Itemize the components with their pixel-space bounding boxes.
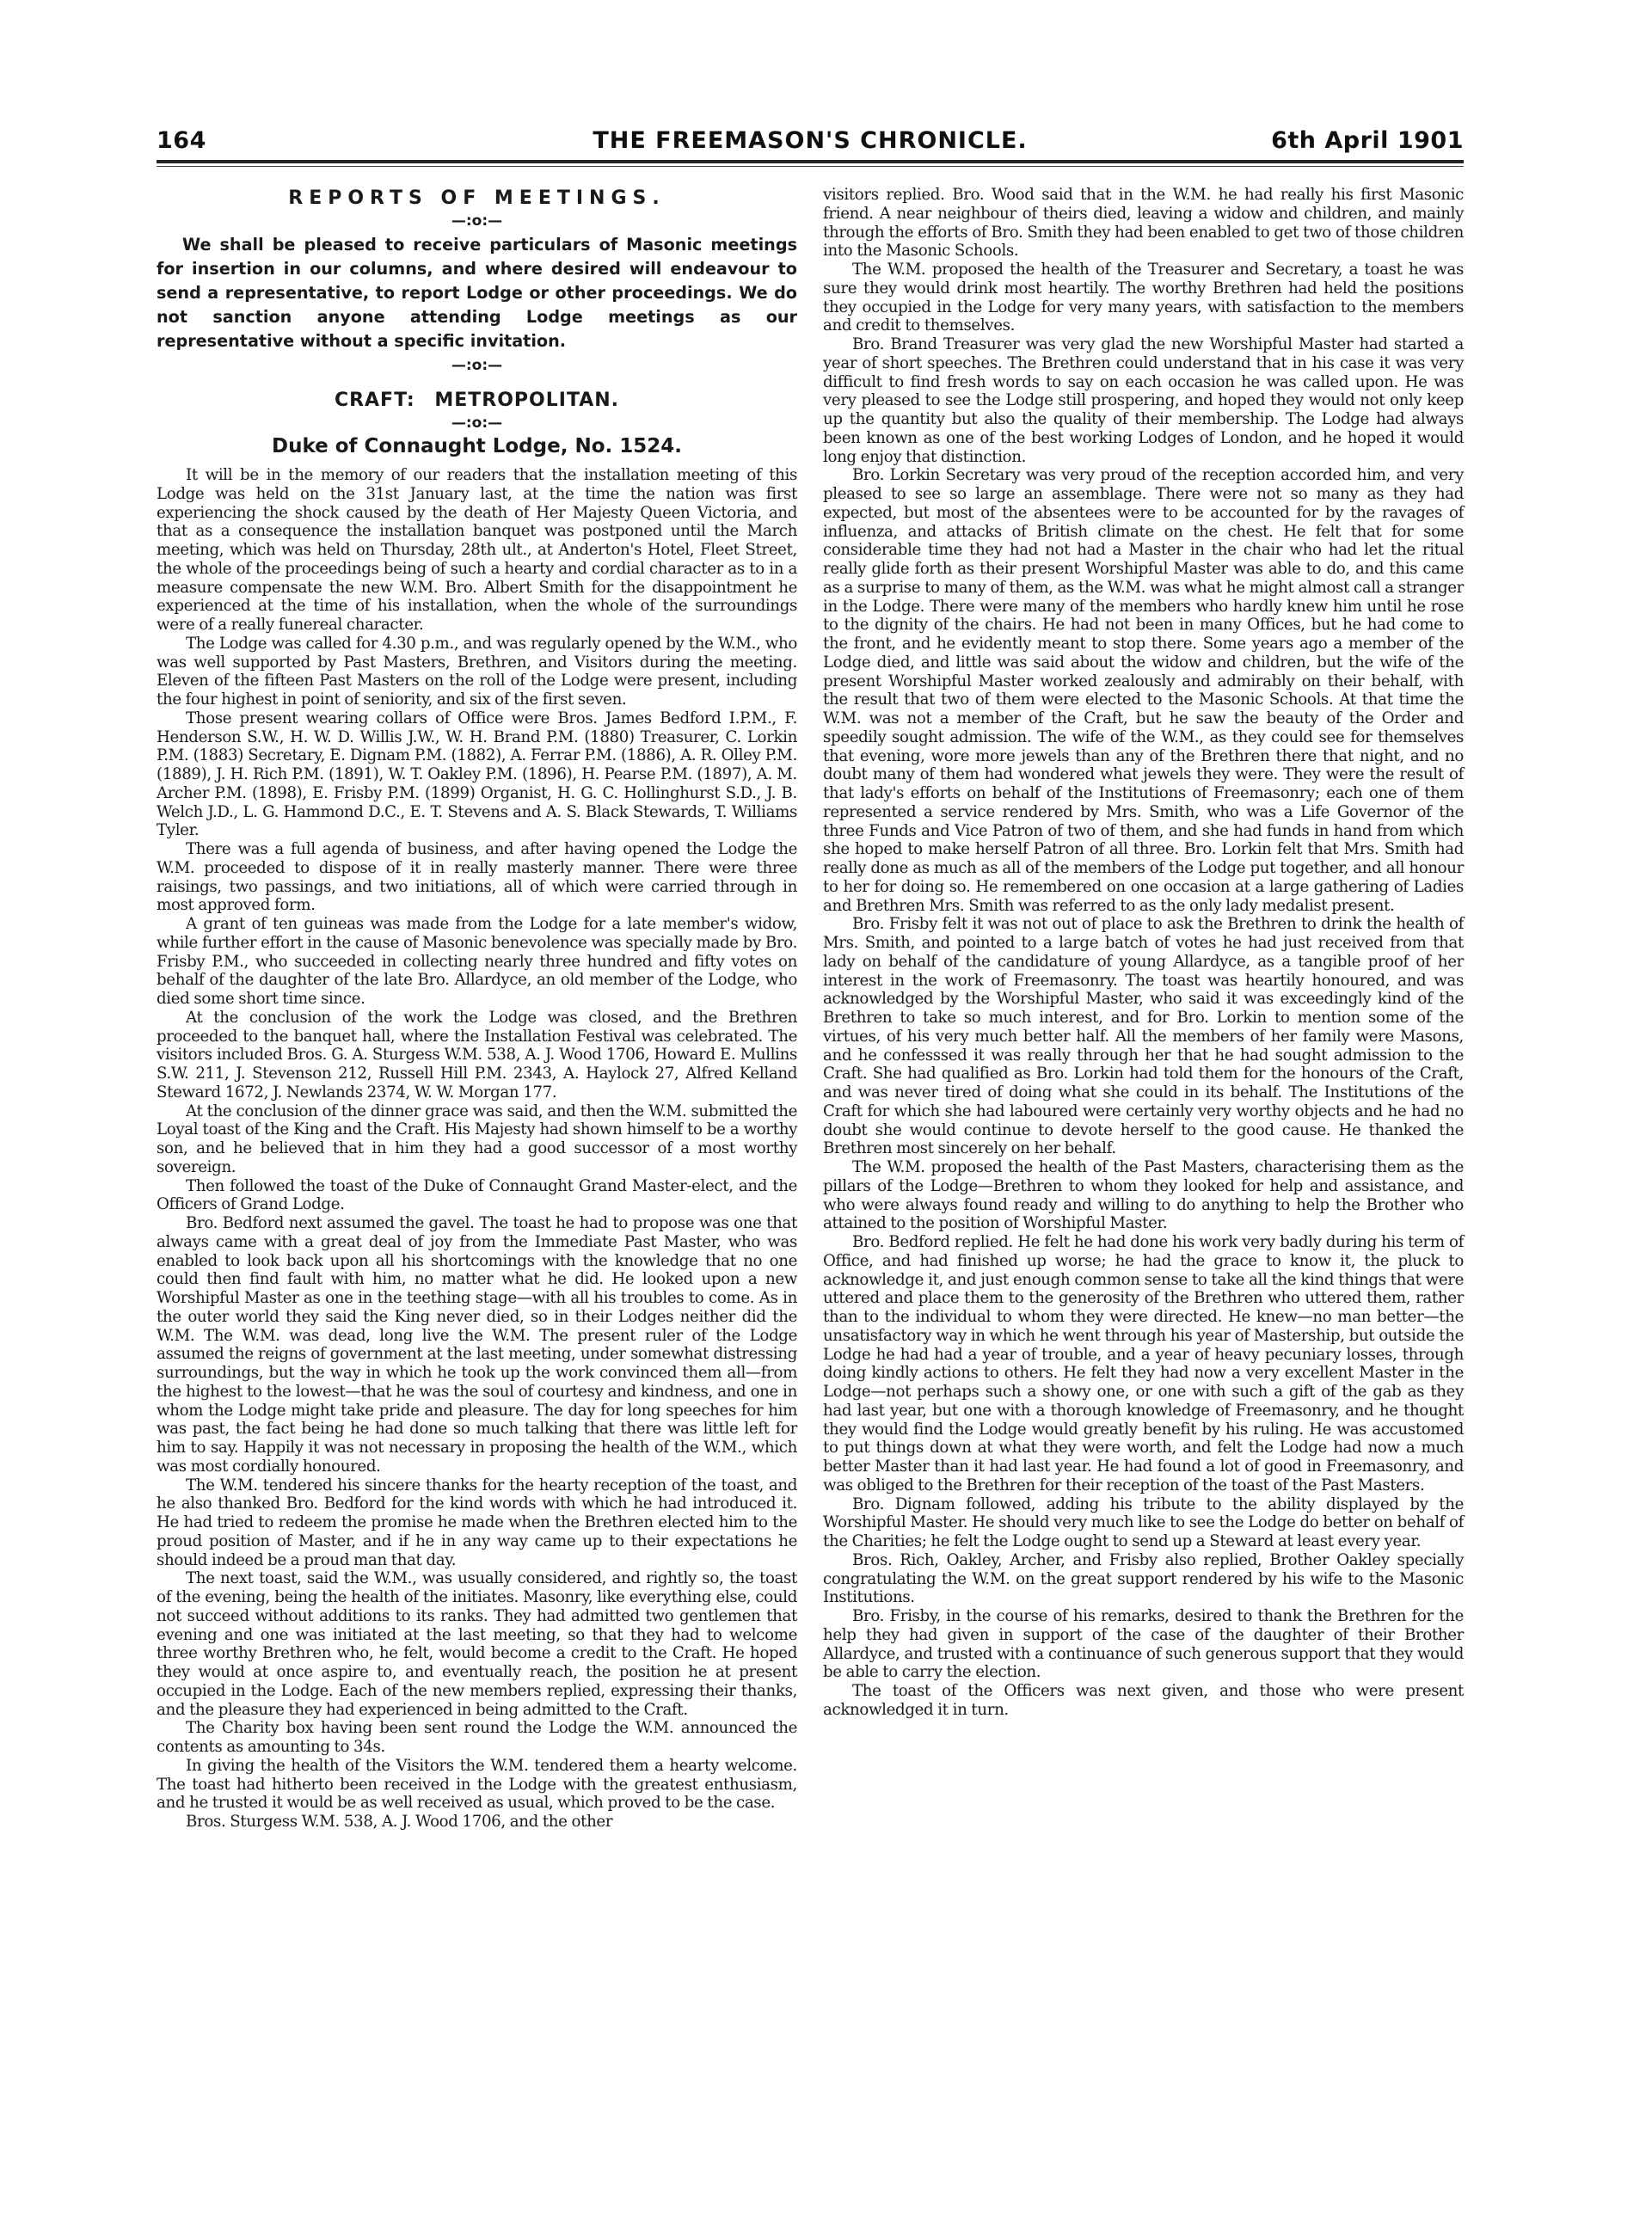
paragraph: In giving the health of the Visitors the… [157, 1757, 797, 1813]
paragraph: The W.M. proposed the health of the Trea… [823, 261, 1464, 335]
paragraph: The Charity box having been sent round t… [157, 1719, 797, 1757]
issue-date: 6th April 1901 [1271, 127, 1464, 154]
ornament-separator: —:o:— [157, 414, 797, 432]
paragraph: The W.M. tendered his sincere thanks for… [157, 1476, 797, 1570]
paragraph: At the conclusion of the dinner grace wa… [157, 1102, 797, 1177]
paragraph: Bros. Rich, Oakley, Archer, and Frisby a… [823, 1551, 1464, 1607]
paragraph: At the conclusion of the work the Lodge … [157, 1009, 797, 1102]
paragraph: Bros. Sturgess W.M. 538, A. J. Wood 1706… [157, 1813, 797, 1832]
ornament-separator: —:o:— [157, 212, 797, 230]
paragraph: Bro. Frisby, in the course of his remark… [823, 1607, 1464, 1682]
ornament-separator: —:o:— [157, 357, 797, 374]
paragraph-continuation: visitors replied. Bro. Wood said that in… [823, 186, 1464, 261]
publication-title: THE FREEMASON'S CHRONICLE. [157, 127, 1464, 154]
paragraph: Bro. Bedford replied. He felt he had don… [823, 1233, 1464, 1495]
paragraph: The toast of the Officers was next given… [823, 1682, 1464, 1720]
paragraph: It will be in the memory of our readers … [157, 466, 797, 635]
section-title: REPORTS OF MEETINGS. [157, 187, 797, 209]
lodge-title: Duke of Connaught Lodge, No. 1524. [157, 435, 797, 457]
paragraph: Bro. Brand Treasurer was very glad the n… [823, 335, 1464, 466]
paragraph: Bro. Frisby felt it was not out of place… [823, 915, 1464, 1158]
subsection-title: CRAFT: METROPOLITAN. [157, 390, 797, 411]
paragraph: Bro. Bedford next assumed the gavel. The… [157, 1214, 797, 1476]
paragraph: Then followed the toast of the Duke of C… [157, 1177, 797, 1215]
masthead: 164 THE FREEMASON'S CHRONICLE. 6th April… [157, 120, 1464, 158]
left-column: REPORTS OF MEETINGS. —:o:— We shall be p… [157, 170, 797, 1832]
paragraph: The W.M. proposed the health of the Past… [823, 1158, 1464, 1233]
right-column: visitors replied. Bro. Wood said that in… [823, 170, 1464, 1720]
paragraph: Bro. Dignam followed, adding his tribute… [823, 1495, 1464, 1551]
editorial-notice: We shall be pleased to receive particula… [157, 233, 797, 353]
paragraph: A grant of ten guineas was made from the… [157, 915, 797, 1009]
masthead-rule-thin [157, 166, 1464, 167]
newspaper-page: 164 THE FREEMASON'S CHRONICLE. 6th April… [157, 120, 1464, 167]
paragraph: Those present wearing collars of Office … [157, 709, 797, 840]
paragraph: The Lodge was called for 4.30 p.m., and … [157, 635, 797, 709]
paragraph: Bro. Lorkin Secretary was very proud of … [823, 466, 1464, 915]
masthead-rule [157, 160, 1464, 163]
paragraph: The next toast, said the W.M., was usual… [157, 1569, 797, 1719]
paragraph: There was a full agenda of business, and… [157, 840, 797, 915]
